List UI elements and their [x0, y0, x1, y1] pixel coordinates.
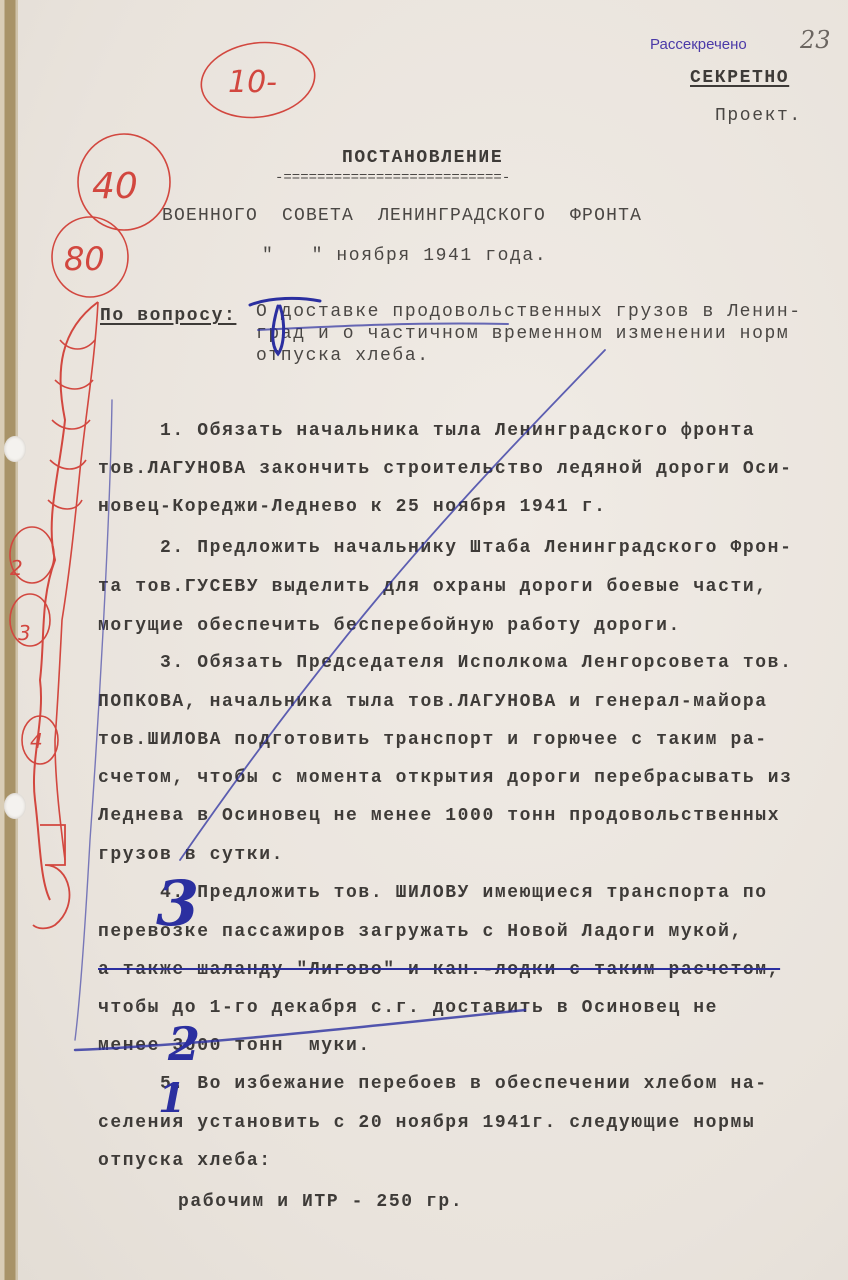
subject-label: По вопросу:	[100, 306, 236, 326]
item-4-line-struck: а также шаланду "Лигово" и кан.-лодки с …	[98, 960, 780, 980]
document-title: ПОСТАНОВЛЕНИЕ	[342, 148, 503, 168]
item-3-line: ПОПКОВА, начальника тыла тов.ЛАГУНОВА и …	[98, 692, 768, 712]
item-4-line: менее 3000 тонн муки.	[98, 1036, 371, 1056]
item-5-line: отпуска хлеба:	[98, 1151, 272, 1171]
item-4-line: чтобы до 1-го декабря с.г. доставить в О…	[98, 998, 718, 1018]
item-3-line: Леднева в Осиновец не менее 1000 тонн пр…	[98, 806, 780, 826]
punch-hole	[4, 793, 26, 819]
item-3-line: счетом, чтобы с момента открытия дороги …	[98, 768, 793, 788]
subject-line: отпуска хлеба.	[256, 346, 430, 366]
date-line: " " ноября 1941 года.	[262, 246, 547, 266]
item-1-line: 1. Обязать начальника тыла Ленинградског…	[160, 421, 755, 441]
item-3-line: грузов в сутки.	[98, 845, 284, 865]
punch-hole	[4, 436, 26, 462]
item-2-line: та тов.ГУСЕВУ выделить для охраны дороги…	[98, 577, 768, 597]
item-3-line: тов.ШИЛОВА подготовить транспорт и горюч…	[98, 730, 768, 750]
draft-mark: Проект.	[715, 106, 802, 126]
secret-mark: СЕКРЕТНО	[690, 68, 789, 88]
page-number: 23	[800, 26, 831, 54]
bread-norm-workers: рабочим и ИТР - 250 гр.	[178, 1192, 463, 1212]
item-4-line: перевозке пассажиров загружать с Новой Л…	[98, 922, 743, 942]
item-1-line: тов.ЛАГУНОВА закончить строительство лед…	[98, 459, 793, 479]
declassified-stamp: Рассекречено	[650, 36, 747, 53]
item-5-line: 5. Во избежание перебоев в обеспечении х…	[160, 1074, 768, 1094]
title-divider: -==========================-	[275, 170, 510, 186]
item-2-line: могущие обеспечить бесперебойную работу …	[98, 616, 681, 636]
scan-edge	[0, 0, 18, 1280]
subject-line: град и о частичном временном изменении н…	[256, 324, 789, 344]
subject-line: О доставке продовольственных грузов в Ле…	[256, 302, 802, 322]
item-1-line: новец-Кореджи-Леднево к 25 ноября 1941 г…	[98, 497, 606, 517]
item-4-line: 4. Предложить тов. ШИЛОВУ имеющиеся тран…	[160, 883, 768, 903]
item-2-line: 2. Предложить начальнику Штаба Ленинград…	[160, 538, 793, 558]
issuer-line: ВОЕННОГО СОВЕТА ЛЕНИНГРАДСКОГО ФРОНТА	[162, 206, 642, 226]
item-5-line: селения установить с 20 ноября 1941г. сл…	[98, 1113, 755, 1133]
item-3-line: 3. Обязать Председателя Исполкома Ленгор…	[160, 653, 793, 673]
